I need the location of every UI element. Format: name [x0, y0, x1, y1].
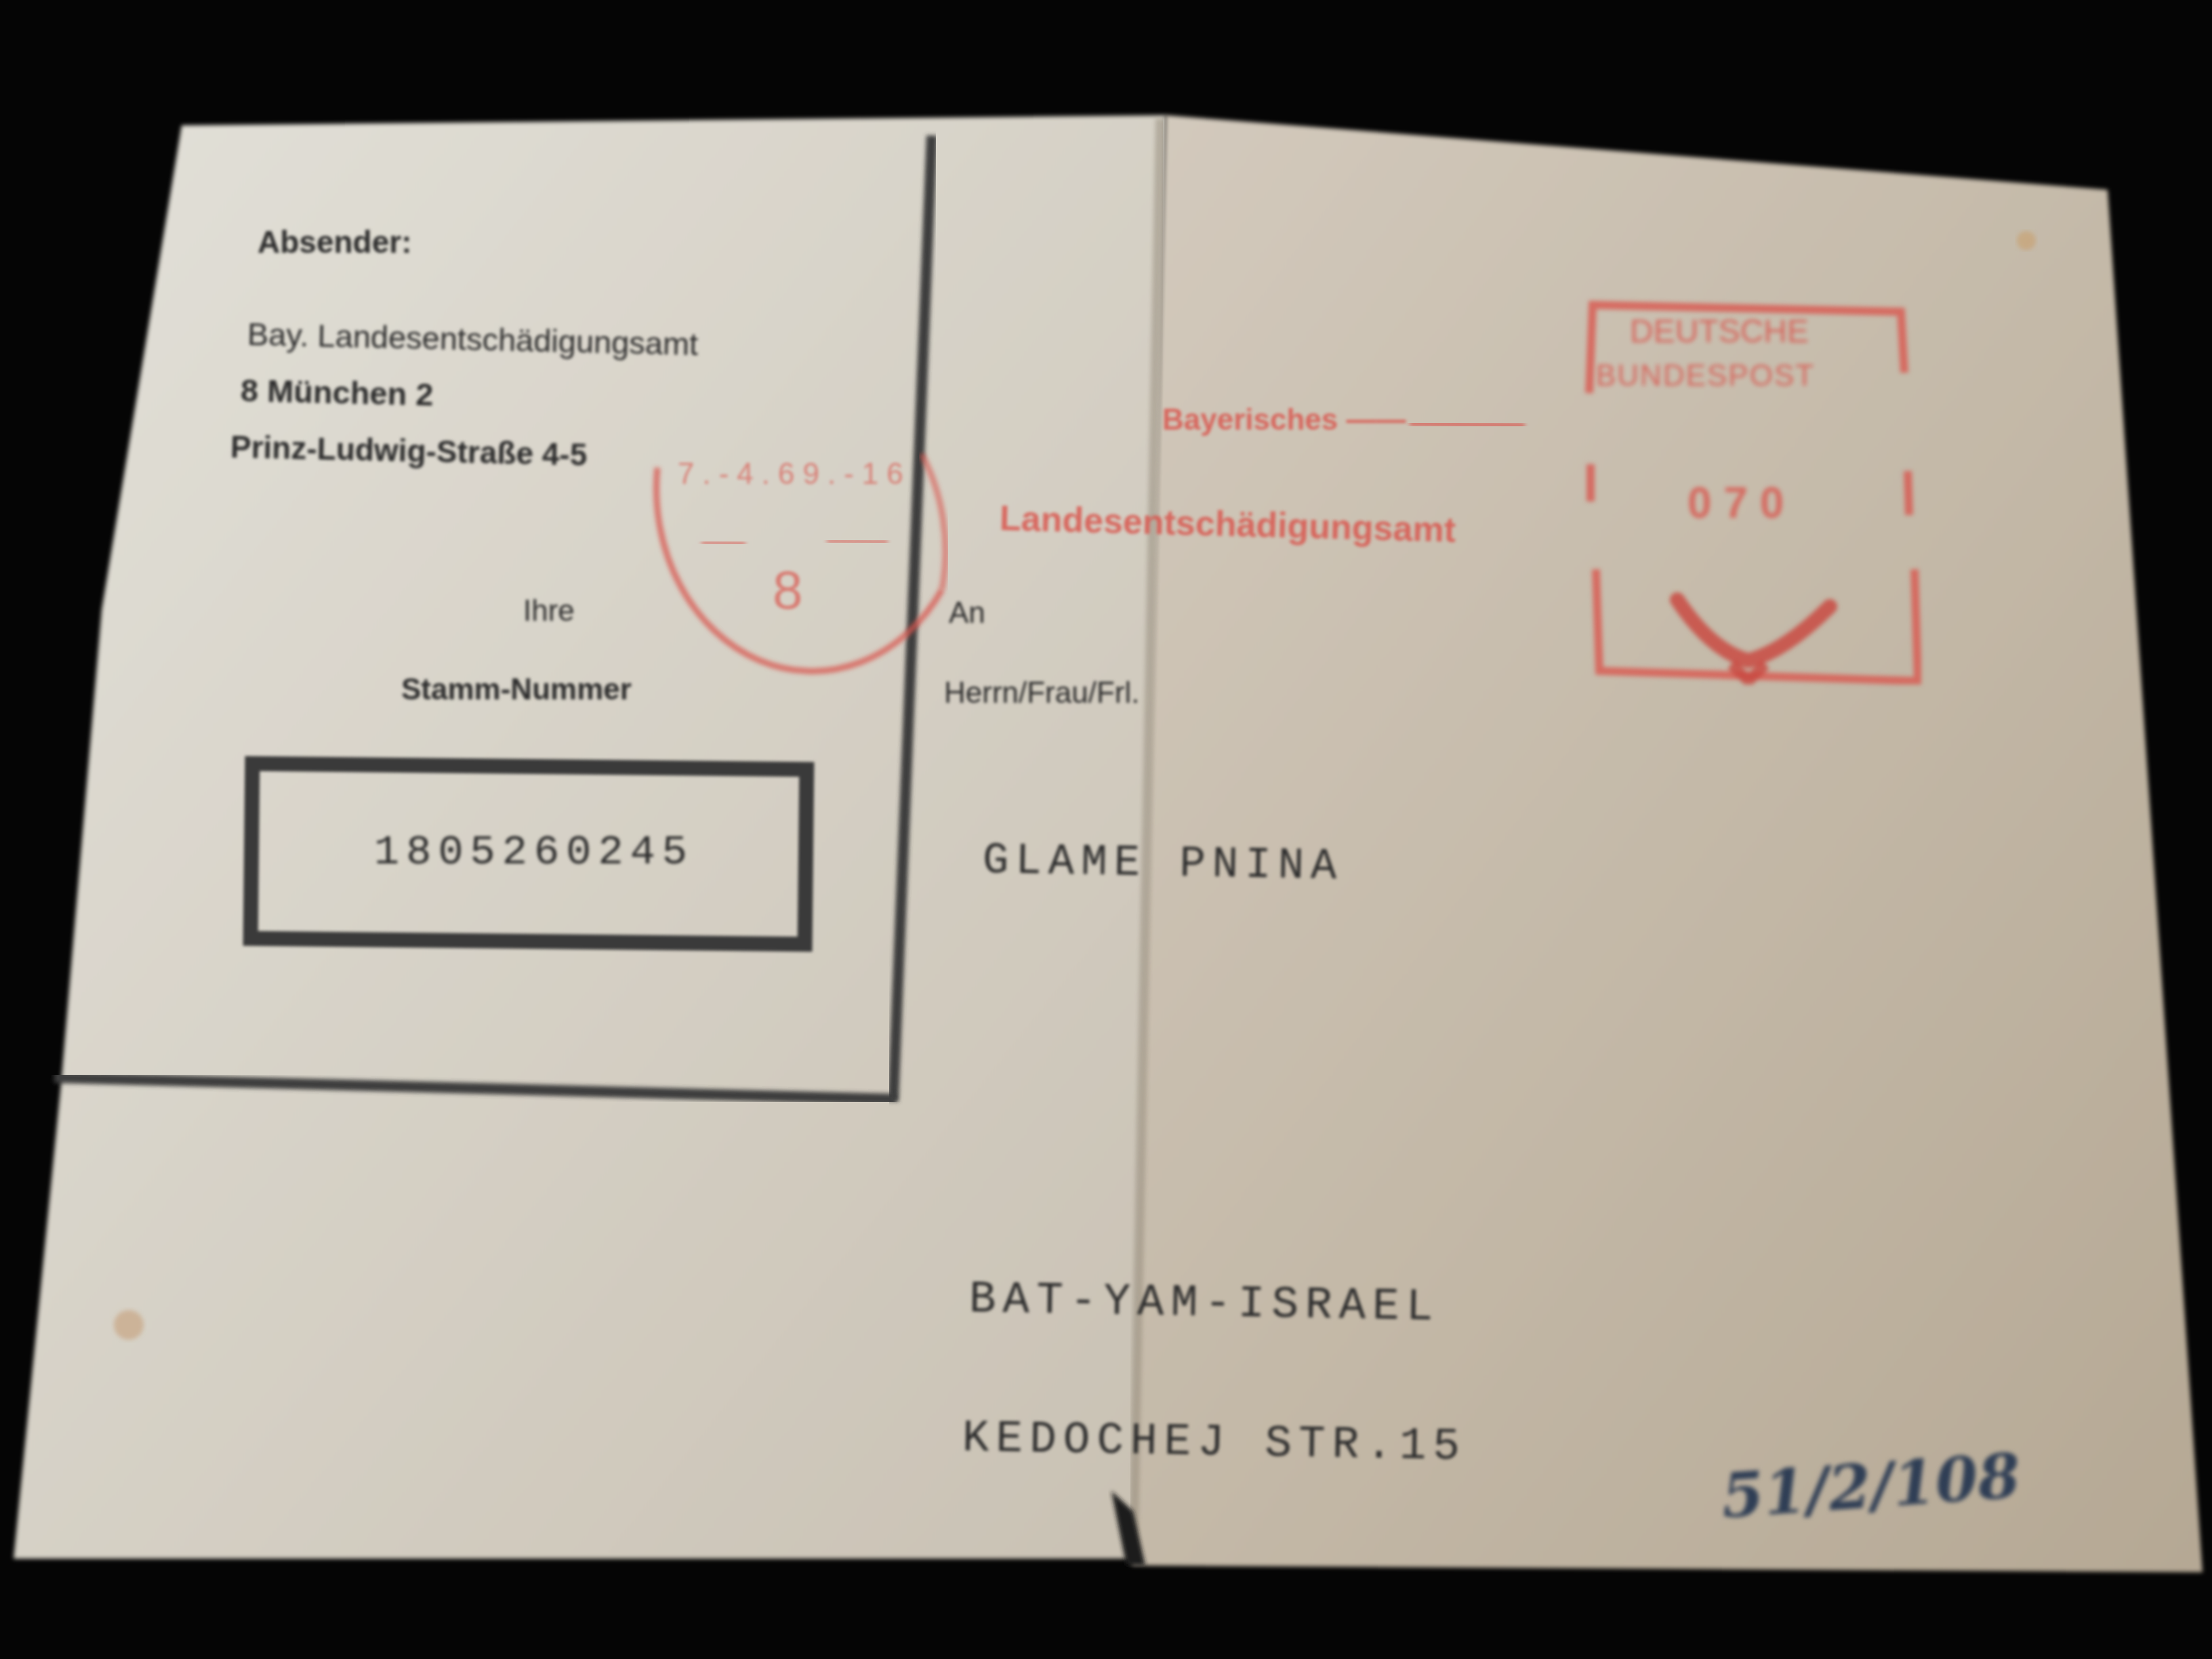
envelope: Absender: Bay. Landesentschädigungsamt 8… — [0, 0, 2212, 1659]
sender-label: Absender: — [258, 224, 411, 260]
recipient-label-salutation: Herrn/Frau/Frl. — [944, 676, 1139, 710]
recipient-label-an: An — [949, 596, 985, 630]
sender-line-2: 8 München 2 — [240, 371, 434, 413]
postmark-date: 7.-4.69.-16 — [678, 457, 912, 491]
recipient-name: GLAME PNINA — [982, 837, 1344, 892]
meter-sender-line-1: Bayerisches —— — [1162, 403, 1406, 437]
recipient-city: BAT-YAM-ISRAEL — [968, 1274, 1440, 1333]
reference-label-ihre: Ihre — [523, 594, 575, 628]
postmark-number: 8 — [773, 559, 803, 621]
reference-number: 1805260245 — [374, 828, 694, 876]
reference-label-stamm-nummer: Stamm-Nummer — [401, 673, 632, 707]
meter-country-line-1: DEUTSCHE — [1630, 313, 1809, 350]
recipient-street: KEDOCHEJ STR.15 — [962, 1413, 1467, 1473]
eagle-icon — [1677, 600, 1830, 681]
meter-postage-value: 0 7 0 — [1687, 478, 1784, 528]
meter-country-line-2: BUNDESPOST — [1596, 359, 1815, 393]
